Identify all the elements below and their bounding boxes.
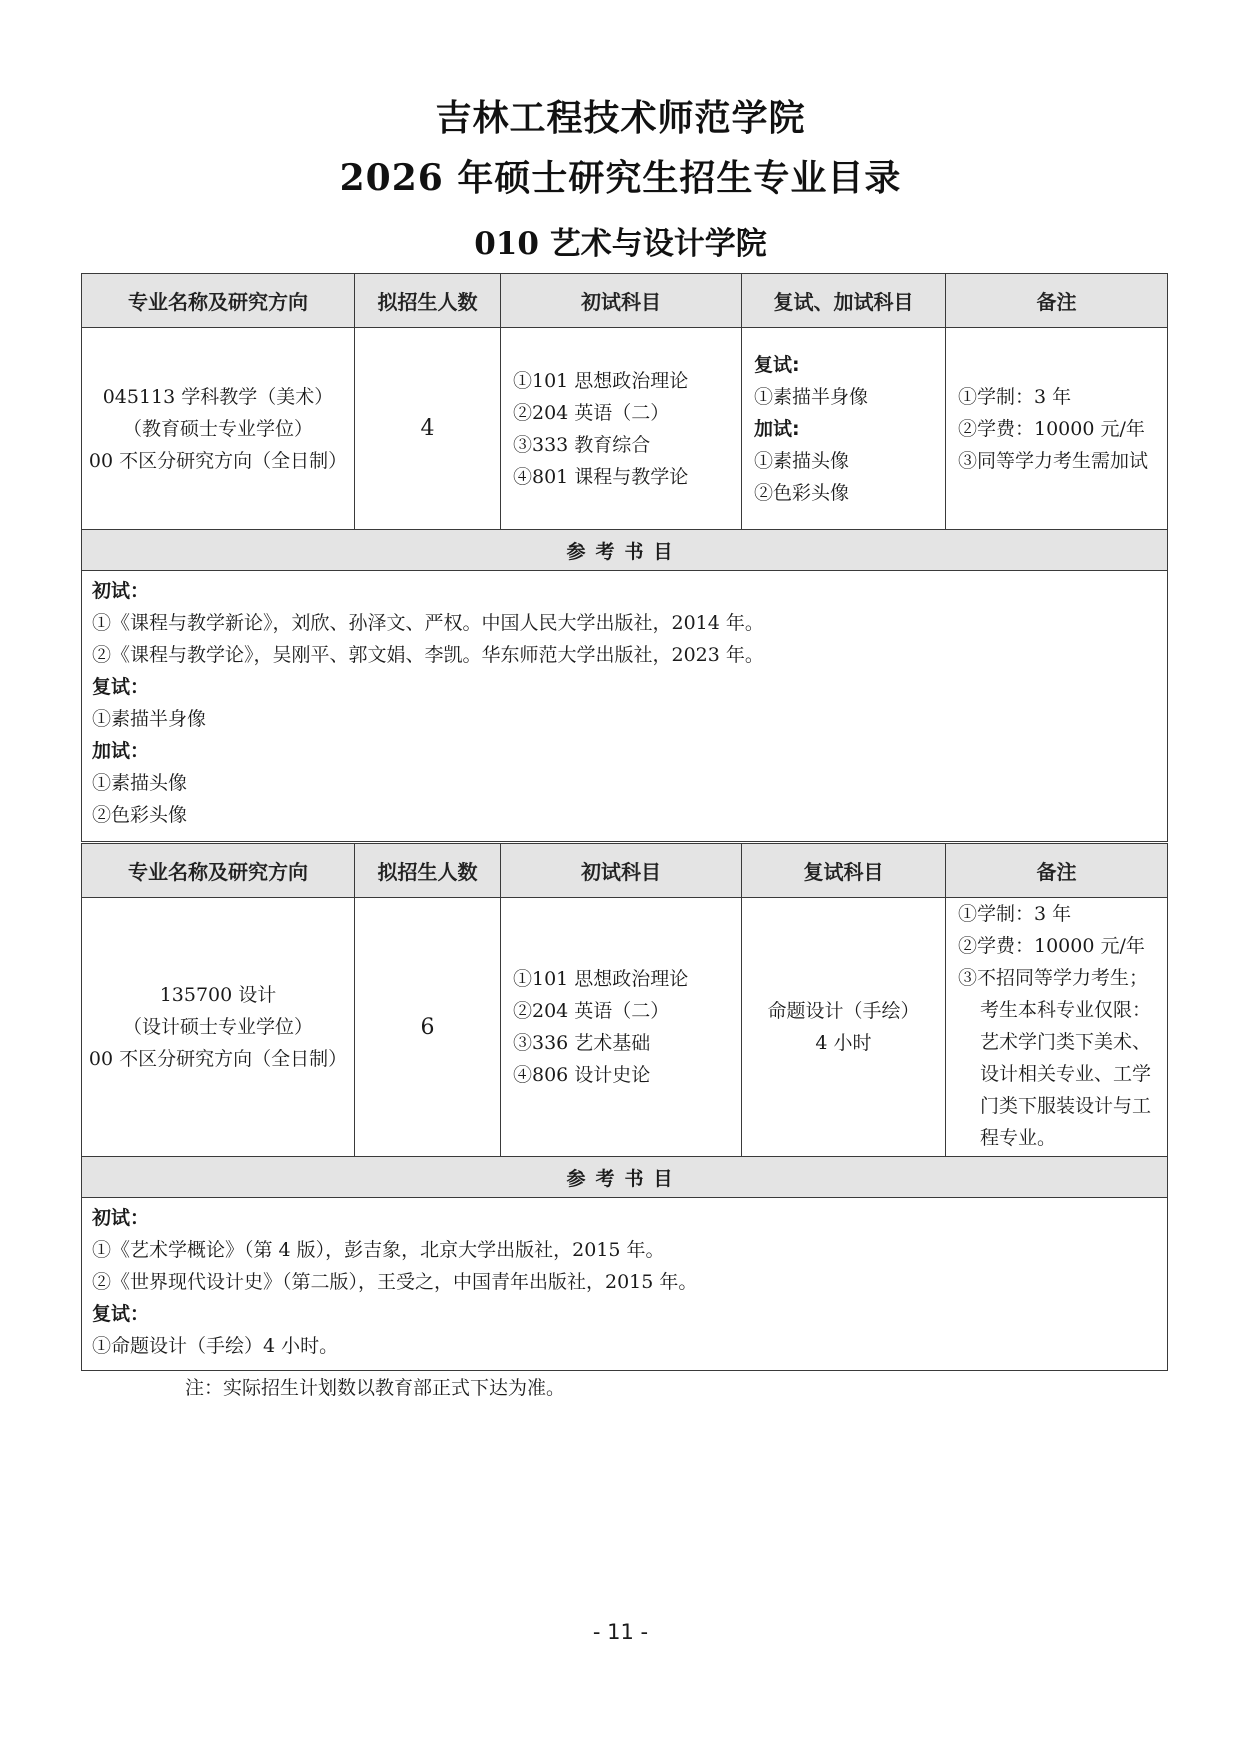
enrollment-count: 6 (355, 898, 501, 1157)
header-major: 专业名称及研究方向 (82, 844, 355, 898)
subject-item: ④806 设计史论 (513, 1059, 741, 1091)
header-major: 专业名称及研究方向 (82, 274, 355, 328)
table-header-row: 专业名称及研究方向 拟招生人数 初试科目 复试、加试科目 备注 (82, 274, 1168, 328)
subject-item: ②204 英语（二） (513, 995, 741, 1027)
ref-book-item: ①《课程与教学新论》，刘欣、孙泽文、严权。中国人民大学出版社，2014 年。 (92, 607, 1157, 639)
institution-title: 吉林工程技术师范学院 (0, 90, 1241, 141)
subject-item: ③333 教育综合 (513, 429, 741, 461)
initial-subjects: ①101 思想政治理论 ②204 英语（二） ③336 艺术基础 ④806 设计… (501, 898, 742, 1157)
major-code-name: 135700 设计 (82, 979, 354, 1011)
notes-cell: ①学制：3 年 ②学费：10000 元/年 ③同等学力考生需加试 (946, 328, 1168, 530)
enrollment-count: 4 (355, 328, 501, 530)
table-row: 135700 设计 （设计硕士专业学位） 00 不区分研究方向（全日制） 6 ①… (82, 898, 1168, 1157)
research-direction: 00 不区分研究方向（全日制） (82, 1043, 354, 1075)
reference-books-header: 参考书目 (82, 1157, 1168, 1198)
retest-subjects: 命题设计（手绘） 4 小时 (742, 898, 946, 1157)
degree-type: （教育硕士专业学位） (82, 413, 354, 445)
extra-exam-item: ①素描头像 (754, 445, 945, 477)
program-table-045113: 专业名称及研究方向 拟招生人数 初试科目 复试、加试科目 备注 045113 学… (81, 273, 1168, 842)
retest-subjects: 复试: ①素描半身像 加试: ①素描头像 ②色彩头像 (742, 328, 946, 530)
table-row: 045113 学科教学（美术） （教育硕士专业学位） 00 不区分研究方向（全日… (82, 328, 1168, 530)
ref-initial-label: 初试： (92, 1202, 1157, 1234)
ref-retest-item: ①命题设计（手绘）4 小时。 (92, 1330, 1157, 1362)
retest-item: ①素描半身像 (754, 381, 945, 413)
reference-books-header: 参考书目 (82, 530, 1168, 571)
extra-exam-label: 加试: (754, 413, 945, 445)
header-notes: 备注 (946, 844, 1168, 898)
degree-type: （设计硕士专业学位） (82, 1011, 354, 1043)
major-cell: 135700 设计 （设计硕士专业学位） 00 不区分研究方向（全日制） (82, 898, 355, 1157)
department-title: 010 艺术与设计学院 (0, 218, 1241, 263)
note-item: ①学制：3 年 (958, 898, 1167, 930)
note-continuation: 程专业。 (958, 1122, 1167, 1154)
major-cell: 045113 学科教学（美术） （教育硕士专业学位） 00 不区分研究方向（全日… (82, 328, 355, 530)
note-continuation: 艺术学门类下美术、 (958, 1026, 1167, 1058)
header-retest: 复试、加试科目 (742, 274, 946, 328)
header-initial-exam: 初试科目 (501, 274, 742, 328)
major-code-name: 045113 学科教学（美术） (82, 381, 354, 413)
ref-book-item: ②《世界现代设计史》（第二版），王受之，中国青年出版社，2015 年。 (92, 1266, 1157, 1298)
table-header-row: 专业名称及研究方向 拟招生人数 初试科目 复试科目 备注 (82, 844, 1168, 898)
header-count: 拟招生人数 (355, 274, 501, 328)
ref-book-item: ②《课程与教学论》，吴刚平、郭文娟、李凯。华东师范大学出版社，2023 年。 (92, 639, 1157, 671)
subject-item: ①101 思想政治理论 (513, 365, 741, 397)
ref-extra-label: 加试： (92, 735, 1157, 767)
subject-item: ①101 思想政治理论 (513, 963, 741, 995)
extra-exam-item: ②色彩头像 (754, 477, 945, 509)
header-initial-exam: 初试科目 (501, 844, 742, 898)
ref-initial-label: 初试： (92, 575, 1157, 607)
retest-label: 复试: (754, 349, 945, 381)
header-notes: 备注 (946, 274, 1168, 328)
header-count: 拟招生人数 (355, 844, 501, 898)
page-number: - 11 - (0, 1620, 1241, 1644)
note-item: ③不招同等学力考生； (958, 962, 1167, 994)
ref-book-item: ①《艺术学概论》（第 4 版），彭吉象，北京大学出版社，2015 年。 (92, 1234, 1157, 1266)
ref-retest-label: 复试： (92, 1298, 1157, 1330)
ref-extra-item: ②色彩头像 (92, 799, 1157, 831)
catalog-title: 2026 年硕士研究生招生专业目录 (0, 150, 1241, 201)
initial-subjects: ①101 思想政治理论 ②204 英语（二） ③333 教育综合 ④801 课程… (501, 328, 742, 530)
note-item: ①学制：3 年 (958, 381, 1167, 413)
program-table-135700: 专业名称及研究方向 拟招生人数 初试科目 复试科目 备注 135700 设计 （… (81, 843, 1168, 1371)
subject-item: ②204 英语（二） (513, 397, 741, 429)
ref-retest-item: ①素描半身像 (92, 703, 1157, 735)
note-item: ②学费：10000 元/年 (958, 413, 1167, 445)
retest-duration: 4 小时 (742, 1027, 945, 1059)
ref-extra-item: ①素描头像 (92, 767, 1157, 799)
reference-books-body: 初试： ①《课程与教学新论》，刘欣、孙泽文、严权。中国人民大学出版社，2014 … (82, 571, 1168, 842)
note-continuation: 设计相关专业、工学 (958, 1058, 1167, 1090)
retest-item: 命题设计（手绘） (742, 995, 945, 1027)
note-continuation: 考生本科专业仅限： (958, 994, 1167, 1026)
footnote: 注：实际招生计划数以教育部正式下达为准。 (185, 1372, 565, 1404)
research-direction: 00 不区分研究方向（全日制） (82, 445, 354, 477)
notes-cell: ①学制：3 年 ②学费：10000 元/年 ③不招同等学力考生； 考生本科专业仅… (946, 898, 1168, 1157)
subject-item: ③336 艺术基础 (513, 1027, 741, 1059)
subject-item: ④801 课程与教学论 (513, 461, 741, 493)
reference-books-body: 初试： ①《艺术学概论》（第 4 版），彭吉象，北京大学出版社，2015 年。 … (82, 1198, 1168, 1371)
header-retest: 复试科目 (742, 844, 946, 898)
note-item: ③同等学力考生需加试 (958, 445, 1167, 477)
note-item: ②学费：10000 元/年 (958, 930, 1167, 962)
ref-retest-label: 复试： (92, 671, 1157, 703)
note-continuation: 门类下服装设计与工 (958, 1090, 1167, 1122)
